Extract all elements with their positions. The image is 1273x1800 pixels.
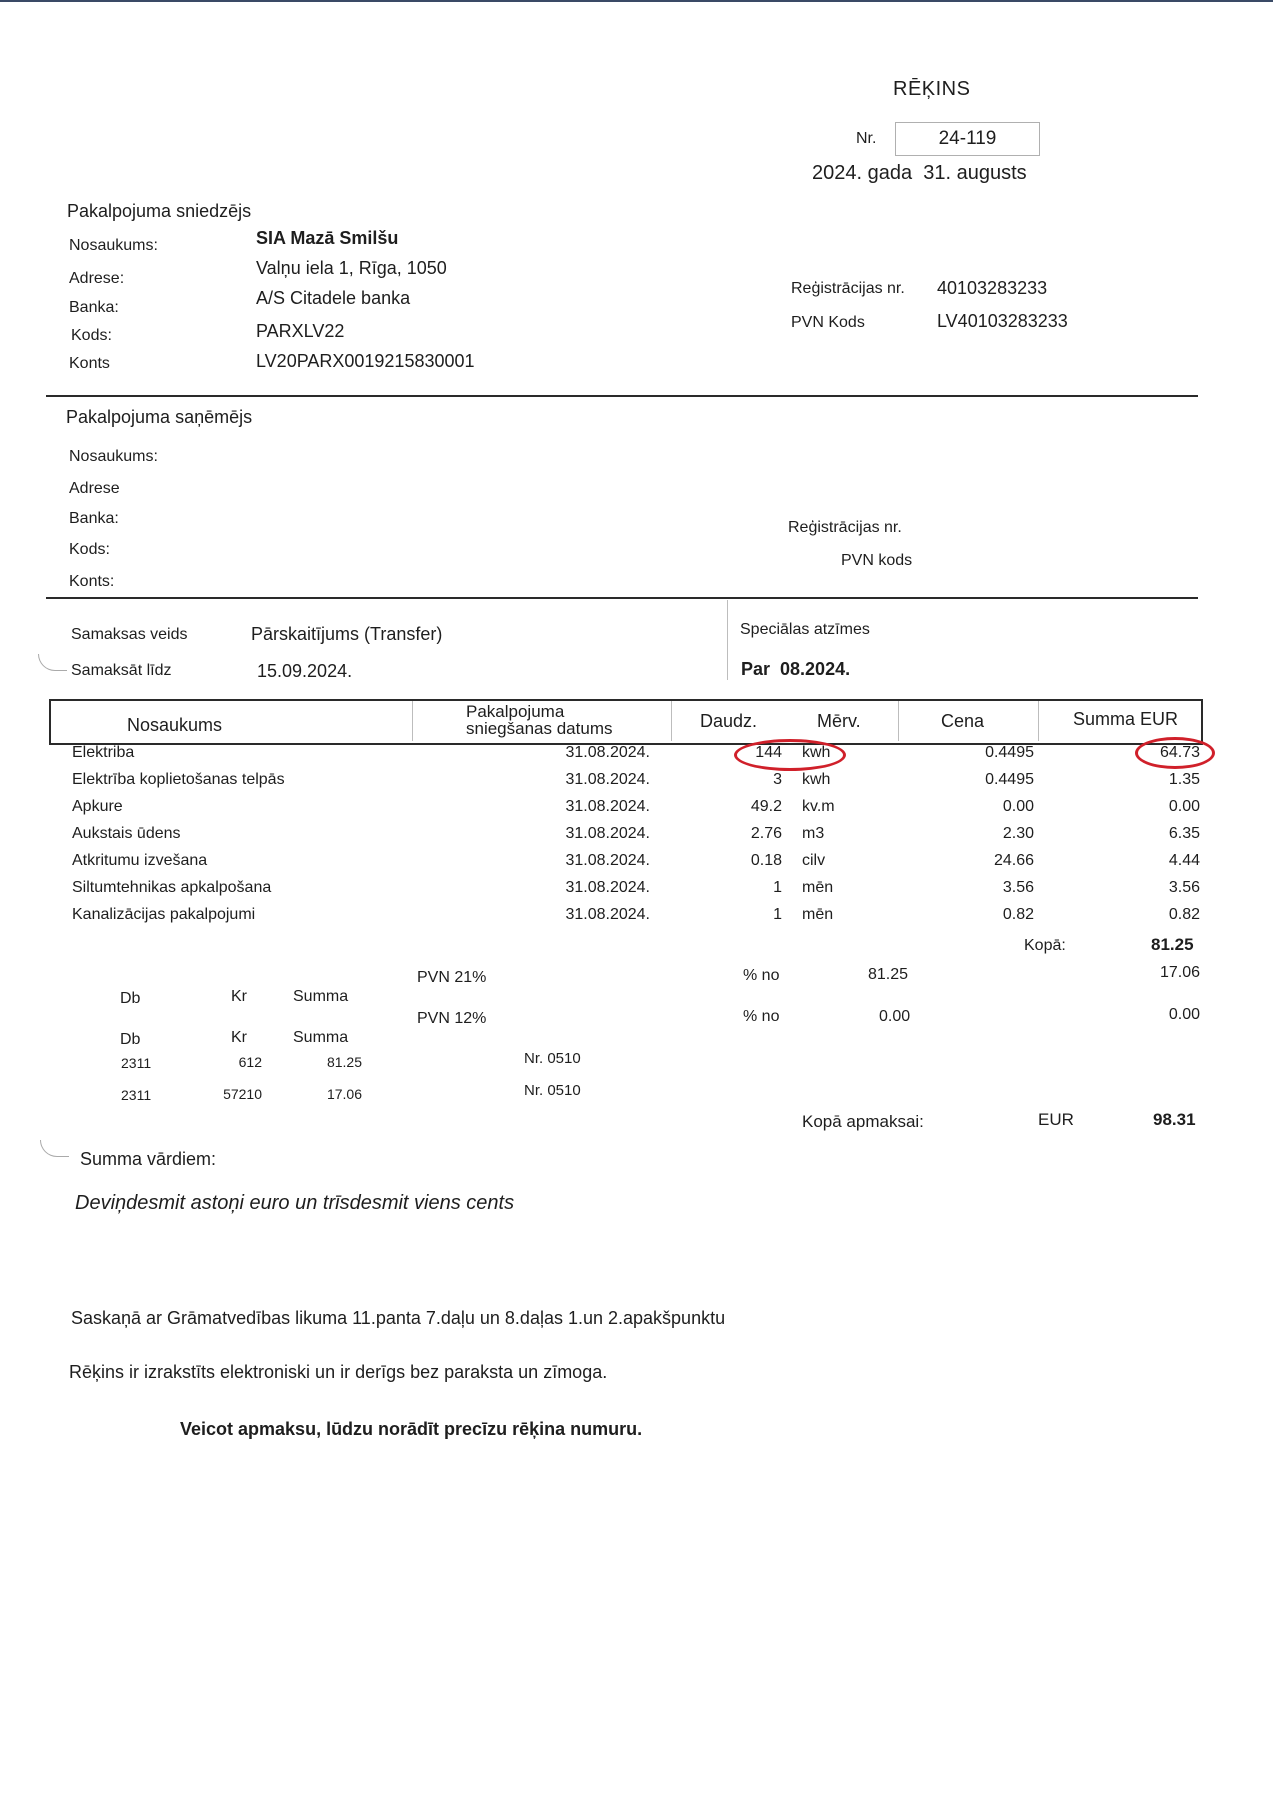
amount-words: Deviņdesmit astoņi euro un trīsdesmit vi…	[75, 1192, 514, 1215]
special-notes-label: Speciālas atzīmes	[740, 621, 870, 639]
invoice-title: RĒĶINS	[893, 78, 970, 101]
item-date: 31.08.2024.	[530, 825, 650, 843]
total-value: 98.31	[1153, 1110, 1196, 1130]
payment-column-divider	[727, 600, 728, 680]
supplier-reg-label: Reģistrācijas nr.	[791, 280, 905, 298]
col-header-date-line1: Pakalpojuma	[466, 703, 612, 720]
supplier-reg-number: 40103283233	[937, 278, 1047, 299]
ledger-db-header-1: Db	[120, 990, 140, 1008]
item-date: 31.08.2024.	[530, 852, 650, 870]
item-quantity: 1	[720, 906, 782, 924]
vat21-base: 81.25	[868, 966, 908, 984]
total-currency: EUR	[1038, 1110, 1074, 1130]
payment-method: Pārskaitījums (Transfer)	[251, 624, 442, 645]
ledger-sum-header-2: Summa	[293, 1029, 348, 1047]
item-date: 31.08.2024.	[530, 744, 650, 762]
ledger-entry-sum: 17.06	[300, 1086, 362, 1102]
payment-method-label: Samaksas veids	[71, 626, 188, 644]
item-sum: 3.56	[1100, 879, 1200, 897]
vat21-of-label: % no	[743, 967, 779, 985]
ledger-entry-kr: 612	[200, 1054, 262, 1070]
supplier-address: Valņu iela 1, Rīga, 1050	[256, 258, 447, 279]
col-divider	[671, 701, 672, 741]
payment-due-date: 15.09.2024.	[257, 661, 352, 682]
item-unit: mēn	[802, 879, 833, 897]
col-header-qty: Daudz.	[700, 711, 757, 732]
item-name: Siltumtehnikas apkalpošana	[72, 879, 271, 897]
item-unit: m3	[802, 825, 824, 843]
item-sum: 1.35	[1100, 771, 1200, 789]
item-name: Elektrība koplietošanas telpās	[72, 771, 285, 789]
ledger-entry-kr: 57210	[200, 1086, 262, 1102]
supplier-account: LV20PARX0019215830001	[256, 351, 475, 372]
divider-recipient	[46, 597, 1198, 599]
col-header-date-line2: sniegšanas datums	[466, 720, 612, 737]
supplier-bank: A/S Citadele banka	[256, 288, 410, 309]
item-price: 0.4495	[930, 744, 1034, 762]
ledger-kr-header-1: Kr	[231, 988, 247, 1006]
vat21-amount: 17.06	[1100, 964, 1200, 982]
highlight-oval-sum	[1135, 737, 1215, 769]
ledger-kr-header-2: Kr	[231, 1029, 247, 1047]
supplier-account-label: Konts	[69, 355, 110, 373]
item-sum: 6.35	[1100, 825, 1200, 843]
recipient-bank-label: Banka:	[69, 510, 119, 528]
supplier-vat-code: LV40103283233	[937, 311, 1068, 332]
item-quantity: 1	[720, 879, 782, 897]
col-divider	[898, 701, 899, 741]
vat12-amount: 0.00	[1100, 1006, 1200, 1024]
supplier-address-label: Adrese:	[69, 270, 124, 288]
recipient-account-label: Konts:	[69, 573, 114, 591]
item-price: 2.30	[930, 825, 1034, 843]
supplier-bank-label: Banka:	[69, 299, 119, 317]
col-header-date: Pakalpojuma sniegšanas datums	[466, 703, 612, 737]
recipient-reg-label: Reģistrācijas nr.	[788, 519, 902, 537]
item-date: 31.08.2024.	[530, 879, 650, 897]
item-quantity: 3	[720, 771, 782, 789]
item-date: 31.08.2024.	[530, 771, 650, 789]
vat12-base: 0.00	[879, 1008, 910, 1026]
invoice-number: 24-119	[939, 128, 997, 149]
item-quantity: 2.76	[720, 825, 782, 843]
recipient-address-label: Adrese	[69, 480, 120, 498]
recipient-vat-label: PVN kods	[841, 552, 912, 570]
item-name: Apkure	[72, 798, 123, 816]
item-unit: mēn	[802, 906, 833, 924]
col-header-unit: Mērv.	[817, 711, 861, 732]
supplier-vat-label: PVN Kods	[791, 314, 865, 332]
scan-mark	[40, 1140, 69, 1157]
invoice-number-box: 24-119	[895, 122, 1040, 156]
vat12-of-label: % no	[743, 1008, 779, 1026]
supplier-section-title: Pakalpojuma sniedzējs	[67, 201, 251, 222]
recipient-name-label: Nosaukums:	[69, 448, 158, 466]
item-price: 24.66	[930, 852, 1034, 870]
total-label: Kopā apmaksai:	[802, 1112, 924, 1132]
item-quantity: 49.2	[720, 798, 782, 816]
item-name: Kanalizācijas pakalpojumi	[72, 906, 255, 924]
ledger-entry-nr: Nr. 0510	[524, 1050, 581, 1067]
item-name: Atkritumu izvešana	[72, 852, 207, 870]
supplier-name-label: Nosaukums:	[69, 237, 158, 255]
item-sum: 0.82	[1100, 906, 1200, 924]
item-price: 0.4495	[930, 771, 1034, 789]
supplier-name: SIA Mazā Smilšu	[256, 228, 398, 249]
payment-due-label: Samaksāt līdz	[71, 662, 171, 680]
electronic-note: Rēķins ir izrakstīts elektroniski un ir …	[69, 1362, 607, 1383]
item-price: 0.00	[930, 798, 1034, 816]
ledger-entry-db: 2311	[121, 1087, 151, 1103]
col-divider	[412, 701, 413, 741]
ledger-entry-db: 2311	[121, 1055, 151, 1071]
item-unit: cilv	[802, 852, 825, 870]
scan-top-edge	[0, 0, 1273, 2]
special-notes: Par 08.2024.	[741, 659, 850, 680]
recipient-section-title: Pakalpojuma saņēmējs	[66, 407, 252, 428]
item-price: 3.56	[930, 879, 1034, 897]
supplier-code-label: Kods:	[71, 327, 112, 345]
scan-mark	[38, 654, 67, 671]
item-sum: 4.44	[1100, 852, 1200, 870]
item-quantity: 0.18	[720, 852, 782, 870]
ledger-sum-header-1: Summa	[293, 988, 348, 1006]
item-price: 0.82	[930, 906, 1034, 924]
invoice-number-label: Nr.	[856, 130, 876, 148]
col-header-name: Nosaukums	[127, 715, 222, 736]
items-table-header	[49, 699, 1203, 745]
col-header-price: Cena	[941, 711, 984, 732]
vat21-label: PVN 21%	[417, 969, 486, 987]
vat12-label: PVN 12%	[417, 1010, 486, 1028]
subtotal-label: Kopā:	[1024, 937, 1066, 955]
col-header-sum: Summa EUR	[1073, 709, 1178, 730]
item-unit: kv.m	[802, 798, 835, 816]
item-name: Aukstais ūdens	[72, 825, 181, 843]
item-date: 31.08.2024.	[530, 798, 650, 816]
item-date: 31.08.2024.	[530, 906, 650, 924]
ledger-entry-sum: 81.25	[300, 1054, 362, 1070]
law-note: Saskaņā ar Grāmatvedības likuma 11.panta…	[71, 1308, 725, 1329]
recipient-code-label: Kods:	[69, 541, 110, 559]
item-name: Elektriba	[72, 744, 134, 762]
invoice-date: 2024. gada 31. augusts	[812, 162, 1027, 185]
item-unit: kwh	[802, 771, 830, 789]
highlight-oval-qty	[734, 739, 846, 771]
ledger-db-header-2: Db	[120, 1031, 140, 1049]
subtotal-value: 81.25	[1151, 935, 1194, 955]
payment-note: Veicot apmaksu, lūdzu norādīt precīzu rē…	[180, 1419, 642, 1440]
item-sum: 0.00	[1100, 798, 1200, 816]
supplier-code: PARXLV22	[256, 321, 344, 342]
amount-words-label: Summa vārdiem:	[80, 1149, 216, 1170]
divider-supplier	[46, 395, 1198, 397]
ledger-entry-nr: Nr. 0510	[524, 1082, 581, 1099]
col-divider	[1038, 701, 1039, 741]
